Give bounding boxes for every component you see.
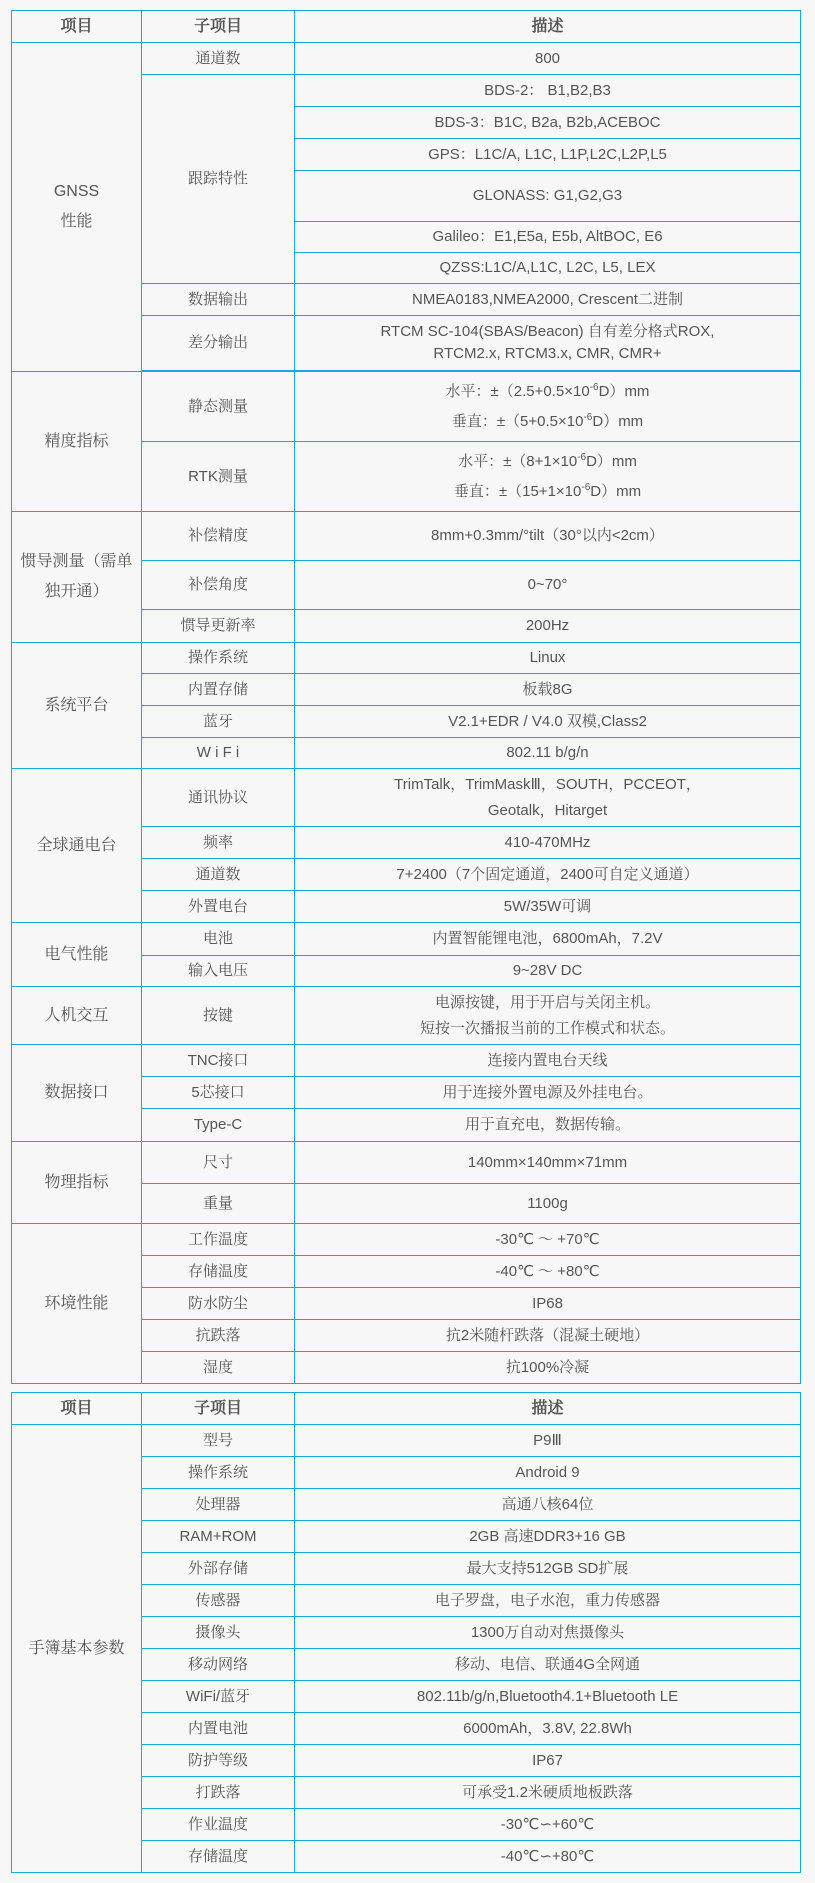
- category-gnss: GNSS性能: [12, 43, 142, 372]
- category-ins: 惯导测量（需单独开通）: [12, 512, 142, 643]
- subitem-label: TNC接口: [142, 1045, 295, 1077]
- description-value: 水平：±（2.5+0.5×10-6D）mm 垂直：±（5+0.5×10-6D）m…: [295, 372, 801, 442]
- description-value: 水平：±（8+1×10-6D）mm 垂直：±（15+1×10-6D）mm: [295, 442, 801, 512]
- table-row: 惯导测量（需单独开通） 补偿精度 8mm+0.3mm/°tilt（30°以内<2…: [12, 512, 801, 561]
- description-value: -30℃ ～ +70℃: [295, 1224, 801, 1256]
- table-header-row: 项目 子项目 描述: [12, 1393, 801, 1425]
- category-system: 系统平台: [12, 643, 142, 769]
- subitem-label: 操作系统: [142, 643, 295, 674]
- description-value: 抗2米随杆跌落（混凝土硬地）: [295, 1320, 801, 1352]
- table-row: 环境性能 工作温度 -30℃ ～ +70℃: [12, 1224, 801, 1256]
- description-value: 802.11 b/g/n: [295, 738, 801, 769]
- subitem-label: 存储温度: [142, 1256, 295, 1288]
- subitem-label: Type-C: [142, 1109, 295, 1142]
- subitem-label: 补偿角度: [142, 561, 295, 610]
- description-value: RTCM SC-104(SBAS/Beacon) 自有差分格式ROX,RTCM2…: [295, 316, 801, 371]
- description-value: -40℃∽+80℃: [295, 1841, 801, 1873]
- description-value: GLONASS: G1,G2,G3: [295, 171, 801, 222]
- table-row: 物理指标 尺寸 140mm×140mm×71mm: [12, 1142, 801, 1184]
- subitem-label: 抗跌落: [142, 1320, 295, 1352]
- subitem-label: 存储温度: [142, 1841, 295, 1873]
- description-value: IP67: [295, 1745, 801, 1777]
- description-value: 5W/35W可调: [295, 891, 801, 923]
- category-ports: 数据接口: [12, 1045, 142, 1142]
- description-value: BDS-2： B1,B2,B3: [295, 75, 801, 107]
- subitem-label: 外置电台: [142, 891, 295, 923]
- description-value: 200Hz: [295, 610, 801, 643]
- description-value: 800: [295, 43, 801, 75]
- description-value: NMEA0183,NMEA2000, Crescent二进制: [295, 284, 801, 316]
- description-value: 802.11b/g/n,Bluetooth4.1+Bluetooth LE: [295, 1681, 801, 1713]
- subitem-label: 按键: [142, 987, 295, 1045]
- description-value: QZSS:L1C/A,L1C, L2C, L5, LEX: [295, 253, 801, 284]
- subitem-label: WiFi/蓝牙: [142, 1681, 295, 1713]
- header-item: 项目: [12, 11, 142, 43]
- subitem-label: 传感器: [142, 1585, 295, 1617]
- table-row: 系统平台 操作系统 Linux: [12, 643, 801, 674]
- header-subitem: 子项目: [142, 1393, 295, 1425]
- description-value: 连接内置电台天线: [295, 1045, 801, 1077]
- description-value: 1300万自动对焦摄像头: [295, 1617, 801, 1649]
- subitem-label: 通讯协议: [142, 769, 295, 827]
- description-value: 用于连接外置电源及外挂电台。: [295, 1077, 801, 1109]
- category-accuracy: 精度指标: [12, 372, 142, 512]
- subitem-label: 移动网络: [142, 1649, 295, 1681]
- subitem-label: 通道数: [142, 43, 295, 75]
- description-value: P9Ⅲ: [295, 1425, 801, 1457]
- subitem-label: 蓝牙: [142, 706, 295, 738]
- description-value: V2.1+EDR / V4.0 双模,Class2: [295, 706, 801, 738]
- subitem-label: 工作温度: [142, 1224, 295, 1256]
- subitem-label: 输入电压: [142, 956, 295, 987]
- description-value: 用于直充电，数据传输。: [295, 1109, 801, 1142]
- subitem-label: 惯导更新率: [142, 610, 295, 643]
- description-value: 6000mAh，3.8V, 22.8Wh: [295, 1713, 801, 1745]
- subitem-label: 通道数: [142, 859, 295, 891]
- subitem-label: 型号: [142, 1425, 295, 1457]
- description-value: Android 9: [295, 1457, 801, 1489]
- subitem-label: 内置电池: [142, 1713, 295, 1745]
- description-value: 140mm×140mm×71mm: [295, 1142, 801, 1184]
- description-value: 电子罗盘，电子水泡，重力传感器: [295, 1585, 801, 1617]
- subitem-label: 摄像头: [142, 1617, 295, 1649]
- subitem-label: 处理器: [142, 1489, 295, 1521]
- header-item: 项目: [12, 1393, 142, 1425]
- category-electrical: 电气性能: [12, 923, 142, 987]
- description-value: GPS：L1C/A, L1C, L1P,L2C,L2P,L5: [295, 139, 801, 171]
- description-value: 电源按键，用于开启与关闭主机。短按一次播报当前的工作模式和状态。: [295, 987, 801, 1045]
- description-value: 8mm+0.3mm/°tilt（30°以内<2cm）: [295, 512, 801, 561]
- description-value: 7+2400（7个固定通道，2400可自定义通道）: [295, 859, 801, 891]
- description-value: 1100g: [295, 1184, 801, 1224]
- subitem-label: RTK测量: [142, 442, 295, 512]
- description-value: 高通八核64位: [295, 1489, 801, 1521]
- category-radio: 全球通电台: [12, 769, 142, 923]
- description-value: 9~28V DC: [295, 956, 801, 987]
- description-value: 0~70°: [295, 561, 801, 610]
- table-row: GNSS性能 通道数 800: [12, 43, 801, 75]
- description-value: 410-470MHz: [295, 827, 801, 859]
- table-row: 精度指标 静态测量 水平：±（2.5+0.5×10-6D）mm 垂直：±（5+0…: [12, 372, 801, 442]
- description-value: BDS-3：B1C, B2a, B2b,ACEBOC: [295, 107, 801, 139]
- table-header-row: 项目 子项目 描述: [12, 11, 801, 43]
- subitem-label: 跟踪特性: [142, 75, 295, 284]
- table-row: 全球通电台 通讯协议 TrimTalk，TrimMaskⅢ，SOUTH，PCCE…: [12, 769, 801, 827]
- description-value: 2GB 高速DDR3+16 GB: [295, 1521, 801, 1553]
- description-value: 抗100%冷凝: [295, 1352, 801, 1384]
- subitem-label: 数据输出: [142, 284, 295, 316]
- subitem-label: 电池: [142, 923, 295, 956]
- description-value: 板载8G: [295, 674, 801, 706]
- table-row: 数据接口 TNC接口 连接内置电台天线: [12, 1045, 801, 1077]
- table-row: 手簿基本参数 型号 P9Ⅲ: [12, 1425, 801, 1457]
- header-description: 描述: [295, 11, 801, 43]
- description-value: IP68: [295, 1288, 801, 1320]
- subitem-label: 差分输出: [142, 316, 295, 371]
- subitem-label: 频率: [142, 827, 295, 859]
- subitem-label: 静态测量: [142, 372, 295, 442]
- category-physical: 物理指标: [12, 1142, 142, 1224]
- table-row: 电气性能 电池 内置智能锂电池，6800mAh，7.2V: [12, 923, 801, 956]
- table-row: 人机交互 按键 电源按键，用于开启与关闭主机。短按一次播报当前的工作模式和状态。: [12, 987, 801, 1045]
- subitem-label: 打跌落: [142, 1777, 295, 1809]
- description-value: Linux: [295, 643, 801, 674]
- subitem-label: W i F i: [142, 738, 295, 769]
- subitem-label: 作业温度: [142, 1809, 295, 1841]
- subitem-label: 重量: [142, 1184, 295, 1224]
- description-value: -40℃ ～ +80℃: [295, 1256, 801, 1288]
- subitem-label: 内置存储: [142, 674, 295, 706]
- description-value: 内置智能锂电池，6800mAh，7.2V: [295, 923, 801, 956]
- subitem-label: 湿度: [142, 1352, 295, 1384]
- description-value: -30℃∽+60℃: [295, 1809, 801, 1841]
- subitem-label: 操作系统: [142, 1457, 295, 1489]
- subitem-label: 尺寸: [142, 1142, 295, 1184]
- description-value: 可承受1.2米硬质地板跌落: [295, 1777, 801, 1809]
- controller-spec-table: 项目 子项目 描述 手簿基本参数 型号 P9Ⅲ 操作系统Android 9 处理…: [11, 1392, 801, 1873]
- category-hmi: 人机交互: [12, 987, 142, 1045]
- subitem-label: 防护等级: [142, 1745, 295, 1777]
- header-subitem: 子项目: [142, 11, 295, 43]
- category-controller: 手簿基本参数: [12, 1425, 142, 1873]
- category-environment: 环境性能: [12, 1224, 142, 1384]
- subitem-label: 防水防尘: [142, 1288, 295, 1320]
- description-value: 移动、电信、联通4G全网通: [295, 1649, 801, 1681]
- subitem-label: 5芯接口: [142, 1077, 295, 1109]
- description-value: 最大支持512GB SD扩展: [295, 1553, 801, 1585]
- header-description: 描述: [295, 1393, 801, 1425]
- description-value: TrimTalk，TrimMaskⅢ，SOUTH，PCCEOT，Geotalk，…: [295, 769, 801, 827]
- subitem-label: RAM+ROM: [142, 1521, 295, 1553]
- description-value: Galileo：E1,E5a, E5b, AltBOC, E6: [295, 222, 801, 253]
- subitem-label: 补偿精度: [142, 512, 295, 561]
- receiver-spec-table: 项目 子项目 描述 GNSS性能 通道数 800 跟踪特性 BDS-2： B1,…: [11, 10, 801, 1384]
- subitem-label: 外部存储: [142, 1553, 295, 1585]
